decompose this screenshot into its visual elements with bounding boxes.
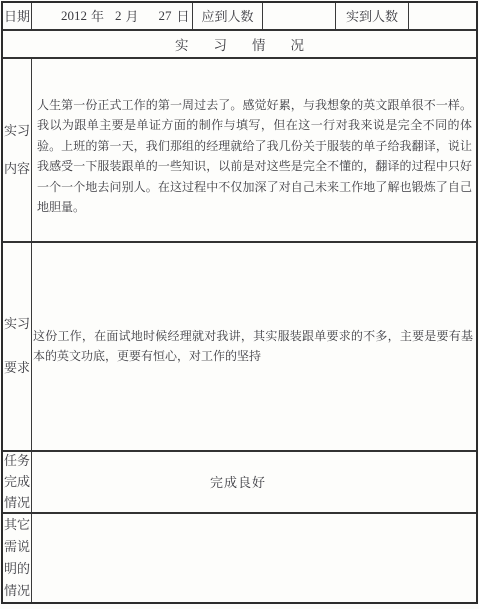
date-label: 日期 [4,6,30,25]
actual-count-value-cell [409,3,476,29]
date-year-value: 2012 [61,8,87,24]
expected-count-label: 应到人数 [201,6,253,25]
actual-count-label-cell: 实到人数 [336,3,409,29]
other-remarks-row: 其它 需说 明的 情况 [3,514,476,602]
internship-content-text: 人生第一份正式工作的第一周过去了。感觉好累，与我想象的英文跟单很不一样。我以为跟… [32,59,476,241]
section-title: 实习情况 [175,34,329,54]
internship-requirement-row: 实习 要求 这份工作，在面试地时候经理就对我讲，其实服装跟单要求的不多，主要是要… [3,243,476,452]
task-completion-cell: 完成良好 [32,452,476,512]
date-month-value: 2 [115,8,122,24]
date-value-cell: 2012 年 2 月 27 日 [32,3,193,29]
other-remarks-label: 其它 需说 明的 情况 [3,514,32,602]
header-row: 日期 2012 年 2 月 27 日 应到人数 实到人数 [3,3,476,31]
task-completion-row: 任务 完成 情况 完成良好 [3,452,476,514]
date-month-unit: 月 [126,6,139,25]
other-remarks-text [32,514,476,602]
date-label-cell: 日期 [3,3,32,29]
internship-content-label: 实习 内容 [3,59,32,241]
section-title-row: 实习情况 [3,31,476,59]
date-year-unit: 年 [91,6,104,25]
actual-count-label: 实到人数 [346,6,398,25]
internship-requirement-label: 实习 要求 [3,243,32,450]
expected-count-value-cell [263,3,336,29]
task-completion-text: 完成良好 [210,472,266,491]
expected-count-label-cell: 应到人数 [193,3,263,29]
task-completion-label: 任务 完成 情况 [3,452,32,512]
internship-content-row: 实习 内容 人生第一份正式工作的第一周过去了。感觉好累，与我想象的英文跟单很不一… [3,59,476,243]
internship-requirement-cell: 这份工作，在面试地时候经理就对我讲，其实服装跟单要求的不多，主要是要有基本的英文… [32,243,476,450]
internship-log-table: 日期 2012 年 2 月 27 日 应到人数 实到人数 实习情况 [1,1,478,604]
date-day-value: 27 [159,8,172,24]
internship-requirement-text: 这份工作，在面试地时候经理就对我讲，其实服装跟单要求的不多，主要是要有基本的英文… [33,326,473,367]
date-day-unit: 日 [177,6,190,25]
internship-log-document: 日期 2012 年 2 月 27 日 应到人数 实到人数 实习情况 [0,0,479,609]
